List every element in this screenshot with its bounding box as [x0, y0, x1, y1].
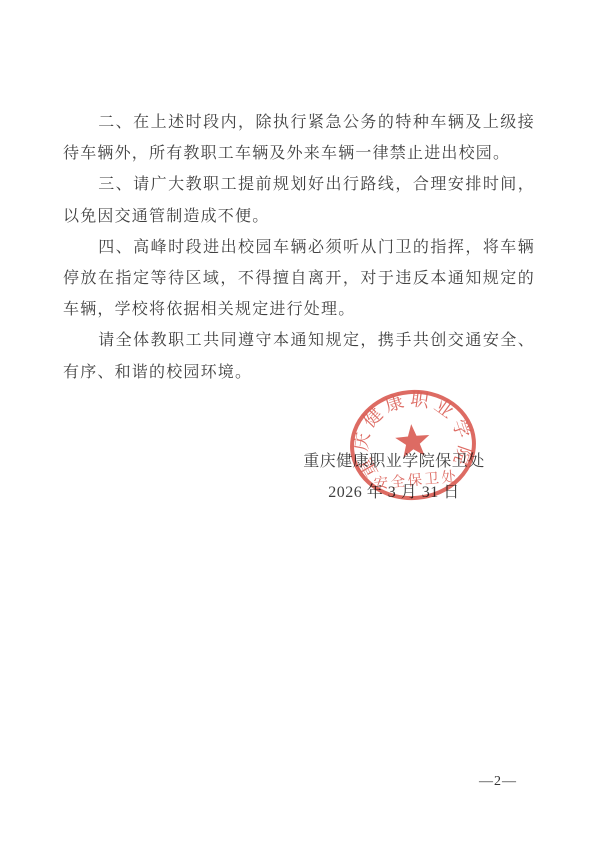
signature-block: 重庆健康职业学院保卫处 2026 年 3 月 31 日	[280, 446, 508, 508]
page-number: —2—	[479, 774, 517, 790]
notice-body: 二、在上述时段内，除执行紧急公务的特种车辆及上级接待车辆外，所有教职工车辆及外来…	[63, 107, 535, 388]
paragraph-closing: 请全体教职工共同遵守本通知规定，携手共创交通安全、有序、和谐的校园环境。	[63, 325, 535, 387]
paragraph-3: 三、请广大教职工提前规划好出行路线，合理安排时间，以免因交通管制造成不便。	[63, 169, 535, 231]
signature-org: 重庆健康职业学院保卫处	[280, 446, 508, 477]
document-page: 二、在上述时段内，除执行紧急公务的特种车辆及上级接待车辆外，所有教职工车辆及外来…	[0, 0, 600, 848]
paragraph-4: 四、高峰时段进出校园车辆必须听从门卫的指挥，将车辆停放在指定等待区域，不得擅自离…	[63, 232, 535, 326]
paragraph-2: 二、在上述时段内，除执行紧急公务的特种车辆及上级接待车辆外，所有教职工车辆及外来…	[63, 107, 535, 169]
signature-date: 2026 年 3 月 31 日	[280, 477, 508, 508]
